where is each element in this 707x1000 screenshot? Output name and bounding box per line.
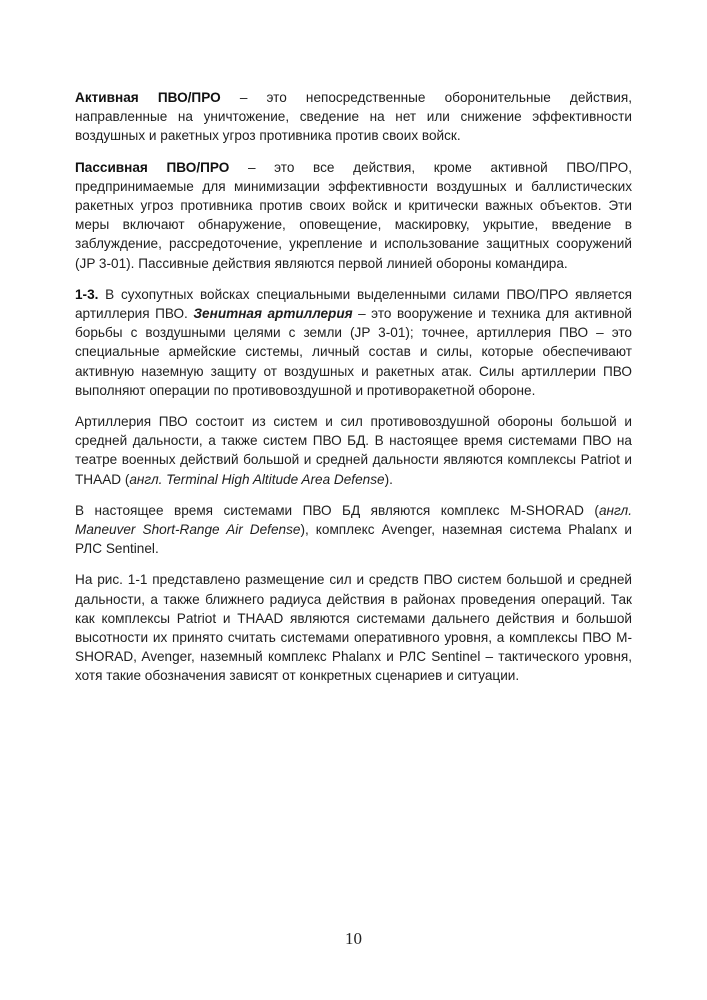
paragraph-passive-air-defense: Пассивная ПВО/ПРО – это все действия, кр…	[75, 158, 632, 273]
definition-text: – это все действия, кроме активной ПВО/П…	[75, 160, 632, 271]
paragraph-1-3: 1-3. В сухопутных войсках специальными в…	[75, 285, 632, 400]
paragraph-ada-composition: Артиллерия ПВО состоит из систем и сил п…	[75, 412, 632, 489]
document-page: Активная ПВО/ПРО – это непосредственные …	[0, 0, 707, 1000]
body-text: Активная ПВО/ПРО – это непосредственные …	[75, 88, 632, 698]
paragraph-shorad-systems: В настоящее время системами ПВО БД являю…	[75, 501, 632, 559]
english-term: англ. Terminal High Altitude Area Defens…	[129, 472, 384, 487]
paragraph-number: 1-3.	[75, 287, 98, 302]
term-passive-air-defense: Пассивная ПВО/ПРО	[75, 160, 229, 175]
paragraph-text: ).	[385, 472, 393, 487]
paragraph-figure-reference: На рис. 1-1 представлено размещение сил …	[75, 570, 632, 685]
paragraph-text: На рис. 1-1 представлено размещение сил …	[75, 572, 632, 683]
paragraph-text: В настоящее время системами ПВО БД являю…	[75, 503, 599, 518]
page-number: 10	[0, 929, 707, 949]
term-active-air-defense: Активная ПВО/ПРО	[75, 90, 221, 105]
paragraph-active-air-defense: Активная ПВО/ПРО – это непосредственные …	[75, 88, 632, 146]
term-anti-aircraft-artillery: Зенитная артиллерия	[193, 306, 352, 321]
